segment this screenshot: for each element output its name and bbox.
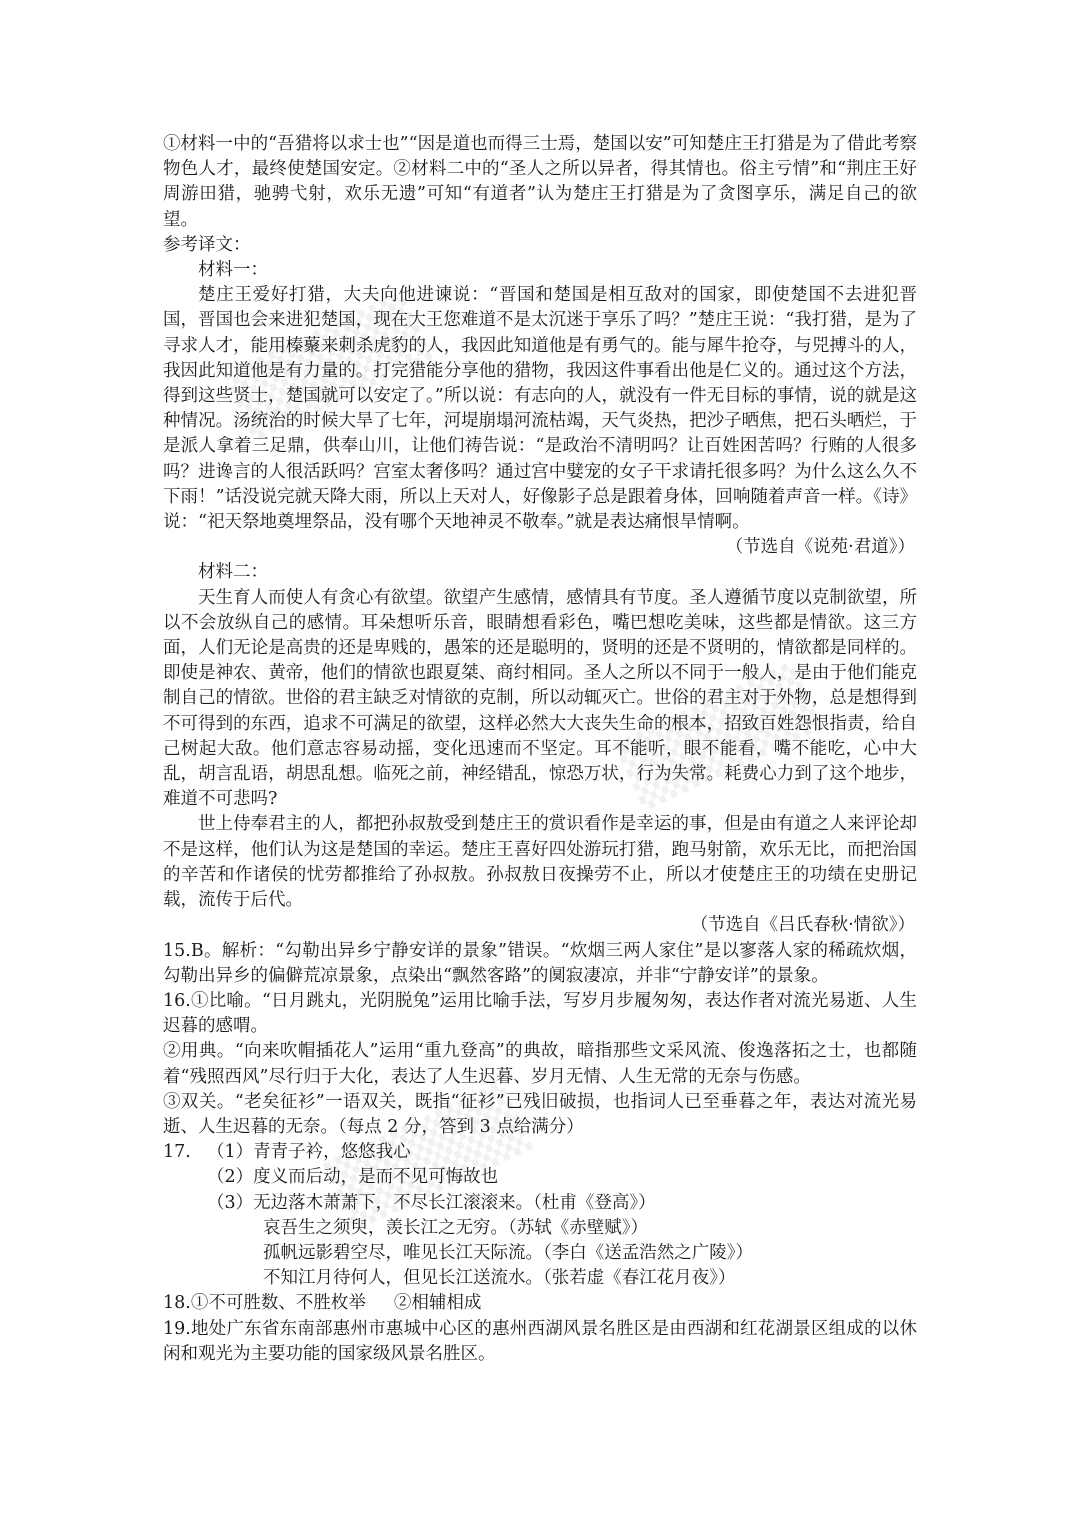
answer-document: ①材料一中的“吾猎将以求士也”“因是道也而得三士焉，楚国以安”可知楚庄王打猎是为… xyxy=(163,132,917,1367)
question-number-17: 17. xyxy=(163,1140,207,1165)
answer-17-item1: （1）青青子衿，悠悠我心 xyxy=(207,1140,917,1165)
answer-15: 15.B。解析：“勾勒出异乡宁静安详的景象”错误。“炊烟三两人家住”是以寥落人家… xyxy=(163,939,917,989)
analysis-paragraph: ①材料一中的“吾猎将以求士也”“因是道也而得三士焉，楚国以安”可知楚庄王打猎是为… xyxy=(163,132,917,233)
material1-source: （节选自《说苑·君道》） xyxy=(163,535,917,560)
material1-label: 材料一： xyxy=(163,258,917,283)
answer-17: 17. （1）青青子衿，悠悠我心 xyxy=(163,1140,917,1165)
answer-18: 18.①不可胜数、不胜枚举②相辅相成 xyxy=(163,1291,917,1316)
answer-16-point2: ②用典。“向来吹帽插花人”运用“重九登高”的典故，暗指那些文采风流、俊逸落拓之士… xyxy=(163,1039,917,1089)
material2-label: 材料二： xyxy=(163,560,917,585)
answer-17-verse2: 孤帆远影碧空尽，唯见长江天际流。（李白《送孟浩然之广陵》） xyxy=(163,1241,917,1266)
answer-17-verse3: 不知江月待何人，但见长江送流水。（张若虚《春江花月夜》） xyxy=(163,1266,917,1291)
answer-19: 19.地处广东省东南部惠州市惠城中心区的惠州西湖风景名胜区是由西湖和红花湖景区组… xyxy=(163,1317,917,1367)
answer-16-point1: 16.①比喻。“日月跳丸，光阴脱兔”运用比喻手法，写岁月步履匆匆，表达作者对流光… xyxy=(163,989,917,1039)
material1-text: 楚庄王爱好打猎，大夫向他进谏说：“晋国和楚国是相互敌对的国家，即使楚国不去进犯晋… xyxy=(163,283,917,535)
translation-heading: 参考译文： xyxy=(163,233,917,258)
material2-source: （节选自《吕氏春秋·情欲》） xyxy=(163,913,917,938)
answer-17-verse1: 哀吾生之须臾，羡长江之无穷。（苏轼《赤壁赋》） xyxy=(163,1216,917,1241)
answer-17-item3: （3）无边落木萧萧下，不尽长江滚滚来。（杜甫《登高》） xyxy=(163,1191,917,1216)
material2-para2: 世上侍奉君主的人，都把孙叔敖受到楚庄王的赏识看作是幸运的事，但是由有道之人来评论… xyxy=(163,812,917,913)
material2-para1: 天生育人而使人有贪心有欲望。欲望产生感情，感情具有节度。圣人遵循节度以克制欲望，… xyxy=(163,586,917,813)
answer-17-body: （1）青青子衿，悠悠我心 xyxy=(207,1140,917,1165)
answer-18-part2: ②相辅相成 xyxy=(394,1293,482,1313)
answer-17-item2: （2）度义而后动，是而不见可悔故也 xyxy=(163,1165,917,1190)
answer-16-point3: ③双关。“老矣征衫”一语双关，既指“征衫”已残旧破损，也指词人已至垂暮之年，表达… xyxy=(163,1090,917,1140)
answer-18-part1: 18.①不可胜数、不胜枚举 xyxy=(163,1293,366,1313)
